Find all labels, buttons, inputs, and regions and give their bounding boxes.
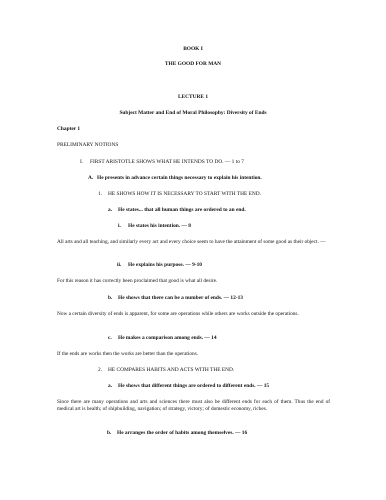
lecture-heading: LECTURE 1 [0, 94, 386, 101]
section-heading: PRELIMINARY NOTIONS [57, 142, 118, 149]
outline-label: a. [108, 207, 118, 214]
book-title: THE GOOD FOR MAN [0, 61, 386, 68]
outline-text: He explains his purpose. — 9-10 [128, 262, 202, 268]
outline-label: I. [80, 159, 90, 166]
outline-item-ii: ii.He explains his purpose. — 9-10 [117, 262, 202, 269]
outline-label: A. [88, 175, 97, 182]
outline-item-A: A.He presents in advance certain things … [88, 175, 262, 182]
outline-item-c: c.He makes a comparison among ends. — 14 [108, 335, 217, 342]
outline-label: 1. [98, 191, 108, 198]
body-paragraph: Now a certain diversity of ends is appar… [57, 311, 330, 318]
outline-text: He shows that there can be a number of e… [118, 295, 243, 301]
outline-text: He presents in advance certain things ne… [97, 175, 262, 181]
outline-item-i: i.He states his intention. — 8 [118, 223, 191, 230]
outline-label: b. [108, 295, 118, 302]
outline-text: HE COMPARES HABITS AND ACTS WITH THE END… [108, 367, 234, 373]
outline-text: FIRST ARISTOTLE SHOWS WHAT HE INTENDS TO… [90, 159, 244, 165]
outline-label: i. [118, 223, 128, 230]
outline-item-b: b.He shows that there can be a number of… [108, 295, 243, 302]
body-paragraph: If the ends are works then the works are… [57, 351, 330, 358]
outline-item-I: I.FIRST ARISTOTLE SHOWS WHAT HE INTENDS … [80, 159, 244, 166]
document-page: BOOK I THE GOOD FOR MAN LECTURE 1 Subjec… [0, 0, 386, 500]
outline-text: He states... that all human things are o… [118, 207, 246, 213]
outline-text: He shows that different things are order… [118, 383, 269, 389]
outline-item-b2: b.He arranges the order of habits among … [107, 430, 247, 437]
outline-item-a: a.He states... that all human things are… [108, 207, 246, 214]
outline-label: a. [108, 383, 118, 390]
body-paragraph: All arts and all teaching, and similarly… [57, 239, 330, 246]
outline-item-a2: a.He shows that different things are ord… [108, 383, 269, 390]
body-paragraph: For this reason it has correctly been pr… [57, 278, 330, 285]
lecture-title: Subject Matter and End of Moral Philosop… [0, 110, 386, 117]
chapter-heading: Chapter 1 [57, 126, 80, 133]
outline-item-2: 2.HE COMPARES HABITS AND ACTS WITH THE E… [98, 367, 234, 374]
outline-text: He arranges the order of habits among th… [117, 430, 247, 436]
outline-text: He makes a comparison among ends. — 14 [118, 335, 217, 341]
outline-label: c. [108, 335, 118, 342]
outline-text: He states his intention. — 8 [128, 223, 191, 229]
outline-item-1: 1.HE SHOWS HOW IT IS NECESSARY TO START … [98, 191, 261, 198]
outline-label: 2. [98, 367, 108, 374]
outline-label: ii. [117, 262, 128, 269]
body-paragraph: Since there are many operations and arts… [57, 399, 330, 413]
outline-label: b. [107, 430, 117, 437]
book-heading: BOOK I [0, 46, 386, 53]
outline-text: HE SHOWS HOW IT IS NECESSARY TO START WI… [108, 191, 261, 197]
